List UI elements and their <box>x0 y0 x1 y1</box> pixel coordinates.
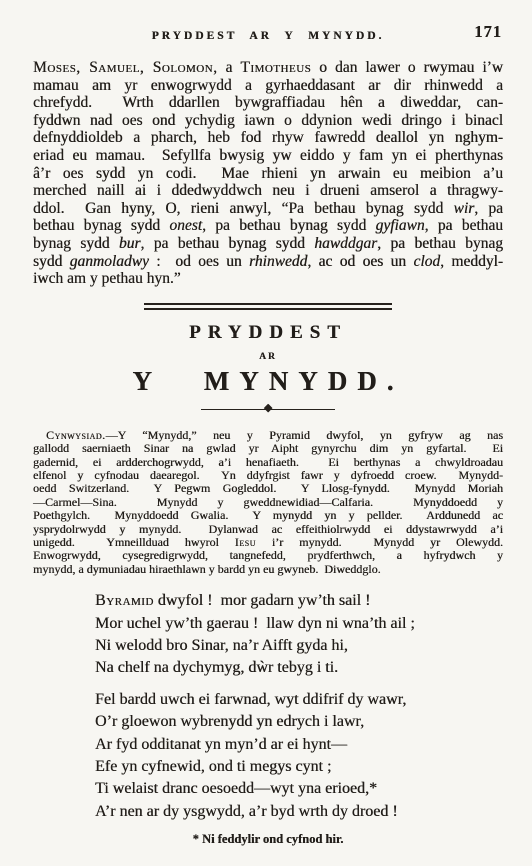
text-line: sydd ganmoladwy : od oes un rhinwedd, ac… <box>33 253 503 271</box>
text-line: â’r oes sydd yn codi. Mae rhieni yn arwa… <box>33 165 503 183</box>
poem-line: Ti welaist dranc oesoedd—wyt yna erioed,… <box>95 778 503 800</box>
section-subtitle: AR <box>33 352 503 362</box>
poem-line: Na chelf na dychymyg, dẁr tebyg i ti. <box>95 657 503 679</box>
poem-line: A’r nen ar dy ysgwydd, a’r byd wrth dy d… <box>95 801 503 823</box>
poem: Byramid dwyfol ! mor gadarn yw’th sail !… <box>95 590 503 823</box>
text-line: fyddwn nad oes ond ychydig iawn o ddynio… <box>33 112 503 130</box>
text-line: —Carmel—Sina. Mynydd y gweddnewidiad—Cal… <box>33 496 503 509</box>
synopsis-paragraph: Cynwysiad.—Y “Mynydd,” neu y Pyramid dwy… <box>33 429 503 576</box>
running-header: PRYDDEST AR Y MYNYDD. 171 <box>33 26 503 44</box>
poem-stanza-2: Fel bardd uwch ei farwnad, wyt ddifrif d… <box>95 689 503 823</box>
text-line: Moses, Samuel, Solomon, a Timotheus o da… <box>33 59 503 77</box>
section-title: PRYDDEST <box>33 322 503 344</box>
text-line: mynydd, a dymuniadau hiraethlawn y bardd… <box>33 563 503 576</box>
page-number: 171 <box>474 22 502 42</box>
text-line: defnyddioldeb a pharch, heb fod rhyw faw… <box>33 129 503 147</box>
text-line: Cynwysiad.—Y “Mynydd,” neu y Pyramid dwy… <box>33 429 503 442</box>
text-line: ysprydolrwydd y mynydd. Dylanwad ac effe… <box>33 523 503 536</box>
footnote: * Ni feddylir ond cyfnod hir. <box>33 832 503 847</box>
poem-stanza-1: Byramid dwyfol ! mor gadarn yw’th sail !… <box>95 590 503 680</box>
text-line: iwch am y pethau hyn.” <box>33 270 503 288</box>
text-line: oedd Switzerland. Y Pegwm Gogleddol. Y L… <box>33 482 503 495</box>
poem-line: Mor uchel yw’th gaerau ! llaw dyn ni wna… <box>95 613 503 635</box>
text-line: merched naill ai i ddedwyddwch neu i dru… <box>33 182 503 200</box>
text-line: bynag sydd bur, pa bethau bynag sydd haw… <box>33 235 503 253</box>
poem-line: O’r gloewon wybrenydd yn edrych i lawr, <box>95 711 503 733</box>
poem-line: Ar fyd odditanat yn myn’d ar ei hynt— <box>95 734 503 756</box>
text-line: bethau bynag sydd onest, pa bethau bynag… <box>33 217 503 235</box>
text-line: eriad eu mamau. Sefyllfa bwysig yw eiddo… <box>33 147 503 165</box>
poem-line: Ni welodd bro Sinar, na’r Aifft gyda hi, <box>95 635 503 657</box>
text-line: chrefydd. Wrth ddarllen bywgraffiadau hê… <box>33 94 503 112</box>
text-line: ddol. Gan hyny, O, rieni anwyl, “Pa beth… <box>33 200 503 218</box>
section-main-title: Y MYNYDD. <box>33 366 503 397</box>
text-line: elfenol y cyfnodau daearegol. Yn ddyfrgi… <box>33 469 503 482</box>
diamond-icon: ◆ <box>264 403 272 414</box>
text-line: gallodd saerniaeth Sinar na gwlad yr Aip… <box>33 442 503 455</box>
diamond-divider: ◆ <box>201 404 335 415</box>
poem-line: Efe yn cyfnewid, ond ti megys cynt ; <box>95 756 503 778</box>
text-line: unigedd. Ymneillduad hwyrol Iesu i’r myn… <box>33 536 503 549</box>
text-line: Poethgylch. Mynyddoedd Gwalia. Y mynydd … <box>33 509 503 522</box>
text-line: mamau am yr enwogrwydd a gyrhaeddasant a… <box>33 77 503 95</box>
poem-line: Byramid dwyfol ! mor gadarn yw’th sail ! <box>95 590 503 612</box>
book-page: PRYDDEST AR Y MYNYDD. 171 Moses, Samuel,… <box>0 0 532 866</box>
double-rule-divider <box>144 303 392 310</box>
poem-line: Fel bardd uwch ei farwnad, wyt ddifrif d… <box>95 689 503 711</box>
running-header-title: PRYDDEST AR Y MYNYDD. <box>152 30 385 42</box>
intro-paragraph: Moses, Samuel, Solomon, a Timotheus o da… <box>33 59 503 288</box>
text-line: gadernid, ei ardderchogrwydd, a’i henafi… <box>33 456 503 469</box>
text-line: Enwogrwydd, cysegredigrwydd, tangnefedd,… <box>33 549 503 562</box>
